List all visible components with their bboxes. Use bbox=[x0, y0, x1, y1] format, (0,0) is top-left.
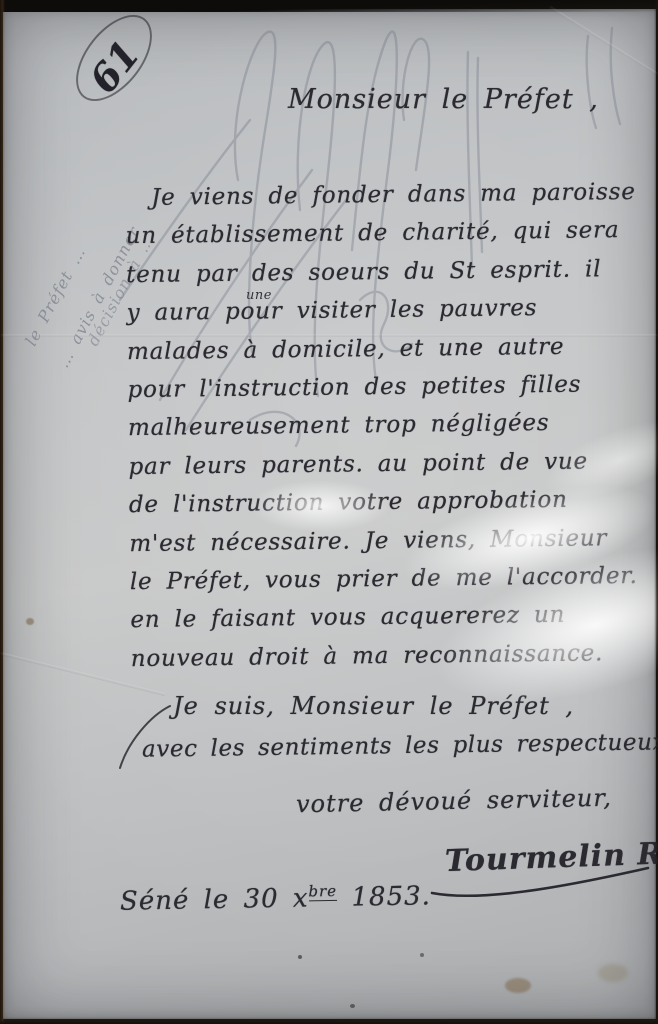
body-line: en le faisant vous acquererez un bbox=[130, 595, 640, 640]
body-line: y aura pour visiter les pauvres bbox=[126, 288, 636, 333]
body-line: de l'instruction votre approbation bbox=[129, 480, 639, 525]
body-line: pour l'instruction des petites filles bbox=[127, 365, 637, 410]
body-line: par leurs parents. au point de vue bbox=[128, 442, 638, 487]
signature: Tourmelin Rr bbox=[444, 836, 658, 879]
body-line: m'est nécessaire. Je viens, Monsieur bbox=[129, 519, 639, 564]
body-line: tenu par des soeurs du St esprit. il bbox=[126, 250, 636, 295]
body-line: malheureusement trop négligées bbox=[128, 403, 638, 448]
salutation: Monsieur le Préfet , bbox=[288, 84, 599, 115]
date-prefix: Séné le 30 x bbox=[120, 883, 309, 916]
letter-body: Je viens de fonder dans ma paroisse un é… bbox=[125, 173, 641, 678]
interline-insertion: une bbox=[246, 288, 272, 303]
body-line: Je viens de fonder dans ma paroisse bbox=[125, 173, 635, 218]
body-line: nouveau droit à ma reconnaissance. bbox=[131, 634, 641, 679]
body-line: le Préfet, vous prier de me l'accorder. bbox=[130, 557, 640, 602]
date-month-superscript: bre bbox=[308, 882, 337, 901]
date-line: Séné le 30 xbre 1853. bbox=[120, 881, 431, 916]
body-line: un établissement de charité, qui sera bbox=[125, 211, 635, 256]
date-suffix: 1853. bbox=[337, 881, 431, 913]
closing-line: Je suis, Monsieur le Préfet , bbox=[173, 692, 574, 720]
body-line: malades à domicile, et une autre bbox=[127, 327, 637, 372]
letter-photograph: le Préfet … … avis à donner décision à …… bbox=[0, 0, 658, 1024]
